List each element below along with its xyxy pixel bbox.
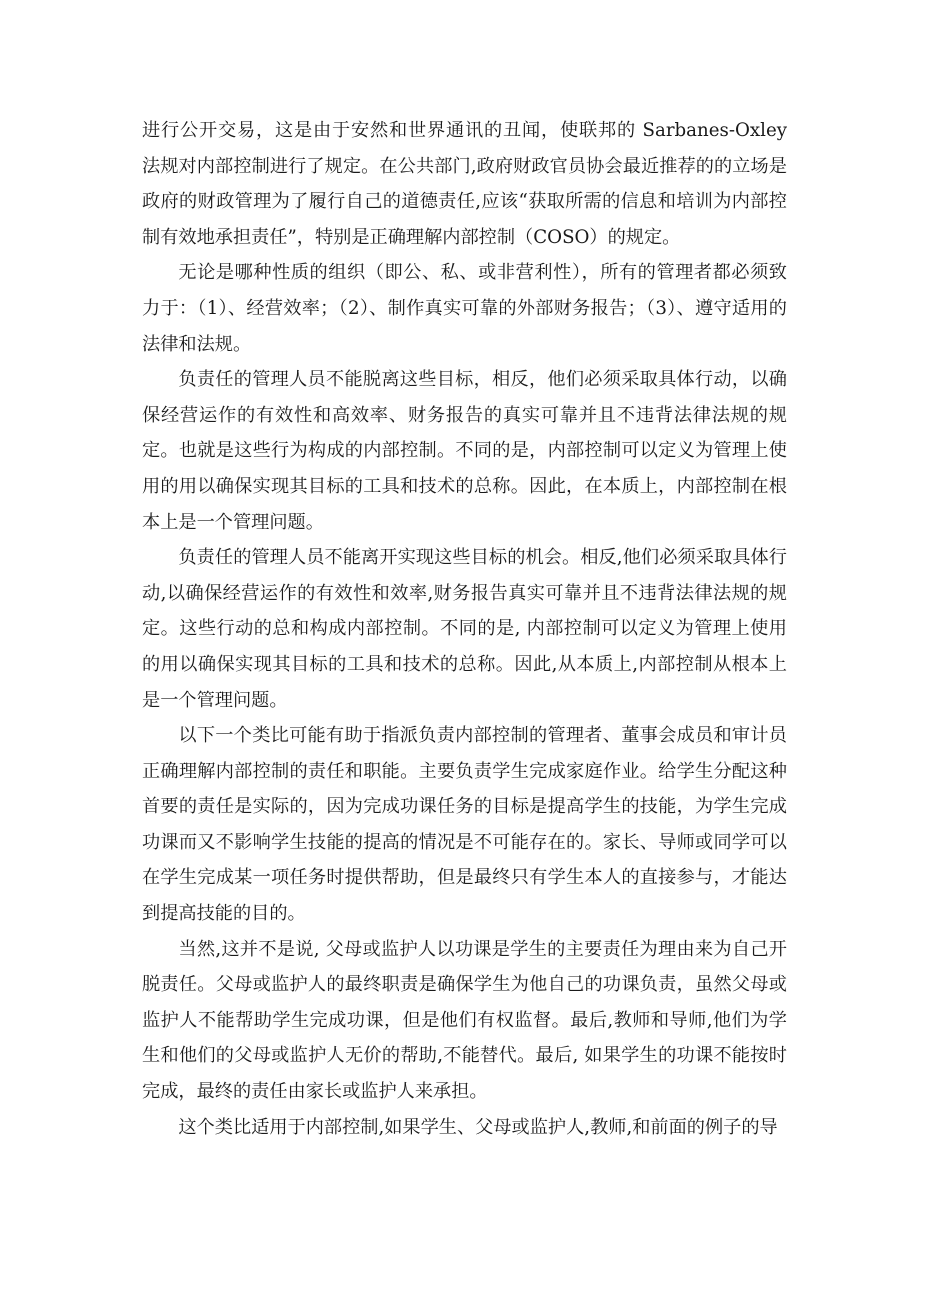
paragraph-2: 无论是哪种性质的组织（即公、私、或非营利性），所有的管理者都必须致力于：（1）、… [142, 255, 787, 362]
paragraph-6: 当然,这并不是说, 父母或监护人以功课是学生的主要责任为理由来为自己开脱责任。父… [142, 932, 787, 1110]
paragraph-1: 进行公开交易，这是由于安然和世界通讯的丑闻，使联邦的 Sarbanes-Oxle… [142, 113, 787, 255]
paragraph-3: 负责任的管理人员不能脱离这些目标，相反，他们必须采取具体行动，以确保经营运作的有… [142, 362, 787, 540]
paragraph-5: 以下一个类比可能有助于指派负责内部控制的管理者、董事会成员和审计员正确理解内部控… [142, 718, 787, 932]
document-page: 进行公开交易，这是由于安然和世界通讯的丑闻，使联邦的 Sarbanes-Oxle… [142, 113, 787, 1145]
paragraph-4: 负责任的管理人员不能离开实现这些目标的机会。相反,他们必须采取具体行动,以确保经… [142, 540, 787, 718]
paragraph-7: 这个类比适用于内部控制,如果学生、父母或监护人,教师,和前面的例子的导 [142, 1110, 787, 1146]
